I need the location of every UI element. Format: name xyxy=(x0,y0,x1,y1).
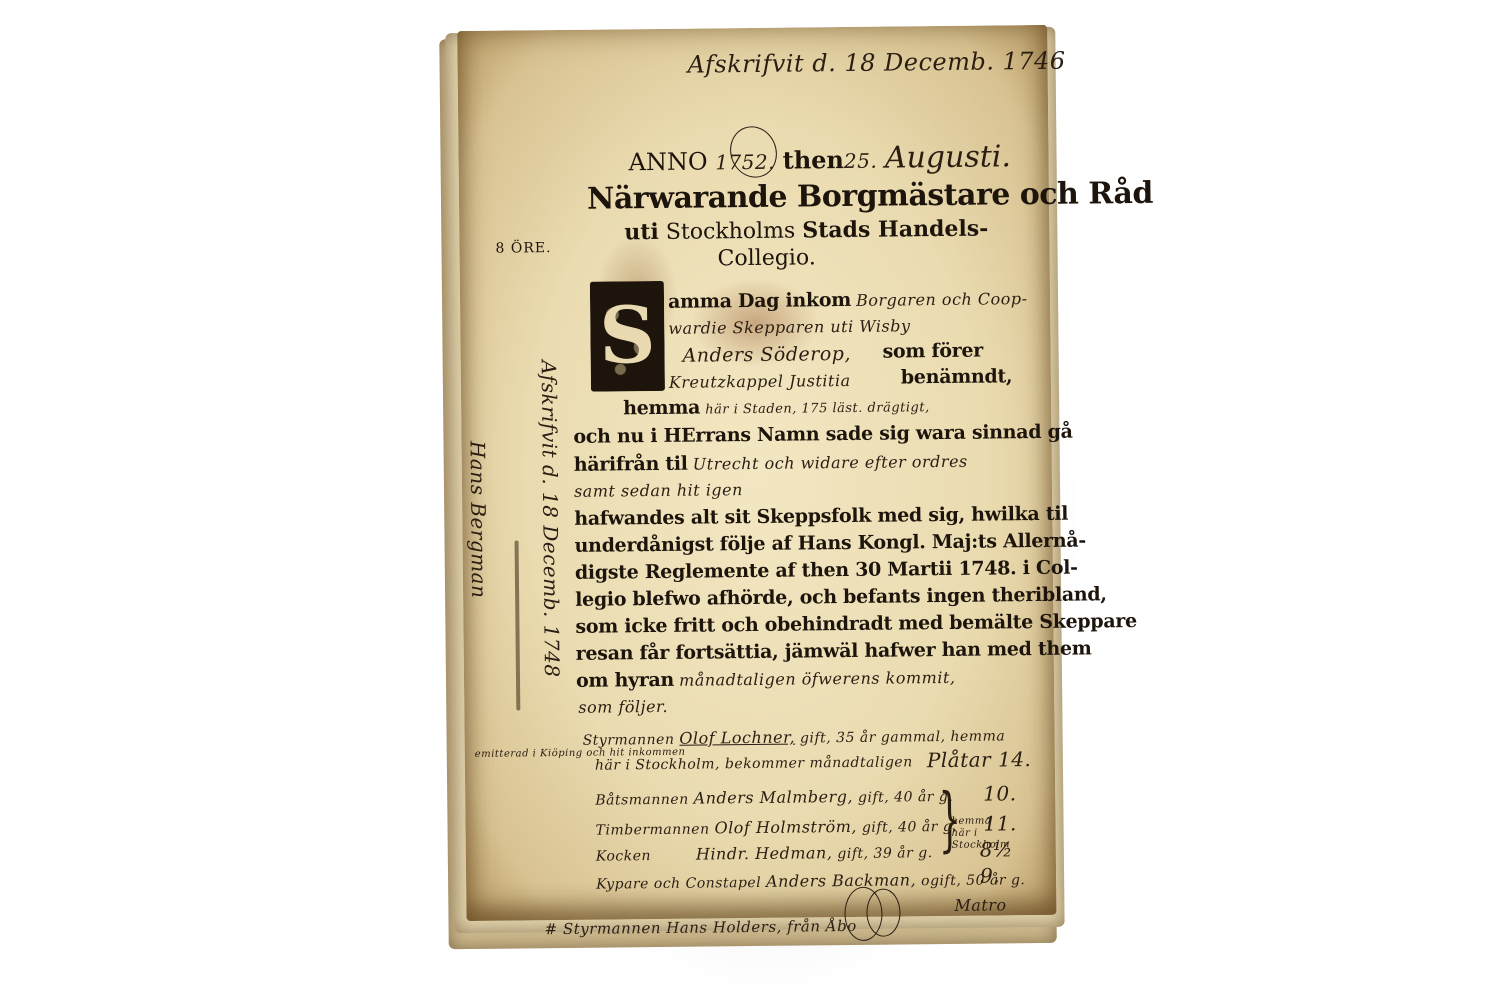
body-line: som icke fritt och obehindradt med bemäl… xyxy=(575,610,1137,638)
printed-text: om hyran xyxy=(576,669,674,692)
title-line-2: uti Stockholms Stads Handels- xyxy=(624,216,988,246)
handwritten-text: Kreutzkappel Justitia xyxy=(669,371,851,392)
body-line: som följer. xyxy=(578,697,668,717)
crew-name: Hindr. Hedman, xyxy=(696,843,833,863)
margin-rule xyxy=(515,540,521,710)
handwritten-text: Borgaren och Coop- xyxy=(856,289,1028,310)
crew-row: här i Stockholm, bekommer månadtaligen xyxy=(595,754,913,773)
then-label: then xyxy=(782,145,844,175)
body-line: och nu i HErrans Namn sade sig wara sinn… xyxy=(573,421,1072,448)
body-line: samt sedan hit igen xyxy=(574,480,743,501)
printed-text: amma Dag inkom xyxy=(668,289,851,313)
crew-role: Kypare och Constapel xyxy=(596,875,761,893)
crew-role: Båtsmannen xyxy=(595,792,689,809)
printed-text: härifrån til xyxy=(574,453,688,476)
signature-flourish xyxy=(866,888,901,936)
printed-text: benämndt, xyxy=(901,365,1013,388)
crew-detail: gift, 35 år gammal, hemma xyxy=(800,728,1005,746)
final-mark: Matro xyxy=(954,895,1006,915)
crew-detail: gift, 39 år g. xyxy=(837,845,932,862)
crew-name: Olof Holmström, xyxy=(714,817,857,837)
handwritten-text: samt sedan hit igen xyxy=(574,480,743,501)
body-line: Kreutzkappel Justitia xyxy=(669,371,851,392)
crew-row: Båtsmannen Anders Malmberg, gift, 40 år … xyxy=(595,786,953,809)
body-line: om hyran månadtaligen öfwerens kommit, xyxy=(576,666,956,692)
crew-name: Anders Backman, xyxy=(766,870,916,891)
crew-role: Kocken xyxy=(596,848,651,865)
body-line: digste Reglemente af then 30 Martii 1748… xyxy=(575,557,1078,584)
crew-role: Timbermannen xyxy=(596,821,710,838)
handwritten-text: här i Staden, 175 läst. drägtigt, xyxy=(705,400,930,417)
body-line: amma Dag inkom Borgaren och Coop- xyxy=(668,287,1028,313)
anno-month: Augusti. xyxy=(885,139,1011,175)
body-line: underdånigst följe af Hans Kongl. Maj:ts… xyxy=(574,530,1086,557)
body-line: härifrån til Utrecht och widare efter or… xyxy=(574,450,968,476)
document-stack: Afskrifvit d. 18 Decemb. 1746 ANNO 1752.… xyxy=(435,19,1070,955)
crew-detail: ogift, 50 år g. xyxy=(921,872,1025,889)
crew-wage: Plåtar 14. xyxy=(927,747,1032,772)
title-prefix: uti xyxy=(624,219,659,245)
date-header: ANNO 1752. then25. Augusti. xyxy=(628,139,1011,178)
handwritten-text: wardie Skepparen uti Wisby xyxy=(668,316,910,338)
handwritten-text: som följer. xyxy=(578,697,668,717)
body-line: hafwandes alt sit Skeppsfolk med sig, hw… xyxy=(574,503,1068,530)
margin-signature: Hans Bergman xyxy=(466,441,492,599)
title-line-3: Collegio. xyxy=(717,245,815,271)
title-line-1: Närwarande Borgmästare och Råd xyxy=(587,176,1153,217)
crew-detail: här i Stockholm, bekommer månadtaligen xyxy=(595,754,913,773)
handwritten-text: månadtaligen öfwerens kommit, xyxy=(679,668,956,690)
stamp-duty: 8 ÖRE. xyxy=(495,240,551,257)
printed-text: hemma xyxy=(623,397,700,420)
body-line: legio blefwo afhörde, och befants ingen … xyxy=(575,583,1107,611)
margin-vertical-note: Afskrifvit d. 18 Decemb. 1748 xyxy=(537,360,564,678)
crew-wage: 9. xyxy=(980,863,1000,887)
final-entry: # Styrmannen Hans Holders, från Åbo xyxy=(545,917,857,938)
body-line: resan får fortsättia, jämwäl hafwer han … xyxy=(576,637,1092,664)
body-line: Anders Söderop, xyxy=(683,343,852,367)
crew-row: Styrmannen Olof Lochner, gift, 35 år gam… xyxy=(583,725,1006,748)
document-page: Afskrifvit d. 18 Decemb. 1746 ANNO 1752.… xyxy=(457,25,1056,921)
body-line: hemma här i Staden, 175 läst. drägtigt, xyxy=(623,394,930,419)
top-annotation: Afskrifvit d. 18 Decemb. 1746 xyxy=(687,47,1065,79)
printed-text: som förer xyxy=(882,340,983,363)
crew-row: Kocken Hindr. Hedman, gift, 39 år g. xyxy=(596,842,933,865)
crew-role: Styrmannen xyxy=(583,732,675,749)
title-city: Stockholms xyxy=(666,219,796,245)
anno-day: 25. xyxy=(844,149,878,173)
body-line: wardie Skepparen uti Wisby xyxy=(668,316,910,338)
roll-side-note: hemma här i Stockholm xyxy=(951,816,991,852)
anno-label: ANNO xyxy=(628,147,707,176)
crew-row: Timbermannen Olof Holmström, gift, 40 år… xyxy=(595,816,957,839)
handwritten-text: Utrecht och widare efter ordres xyxy=(693,452,968,474)
crew-row: Kypare och Constapel Anders Backman, ogi… xyxy=(596,869,1025,892)
drop-cap-initial: S xyxy=(590,281,665,392)
crew-name: Anders Malmberg, xyxy=(694,787,854,808)
crew-wage: 10. xyxy=(983,781,1017,805)
crew-name: Olof Lochner, xyxy=(679,728,795,748)
title-suffix: Stads Handels- xyxy=(802,216,988,244)
handwritten-text: Anders Söderop, xyxy=(683,343,852,367)
